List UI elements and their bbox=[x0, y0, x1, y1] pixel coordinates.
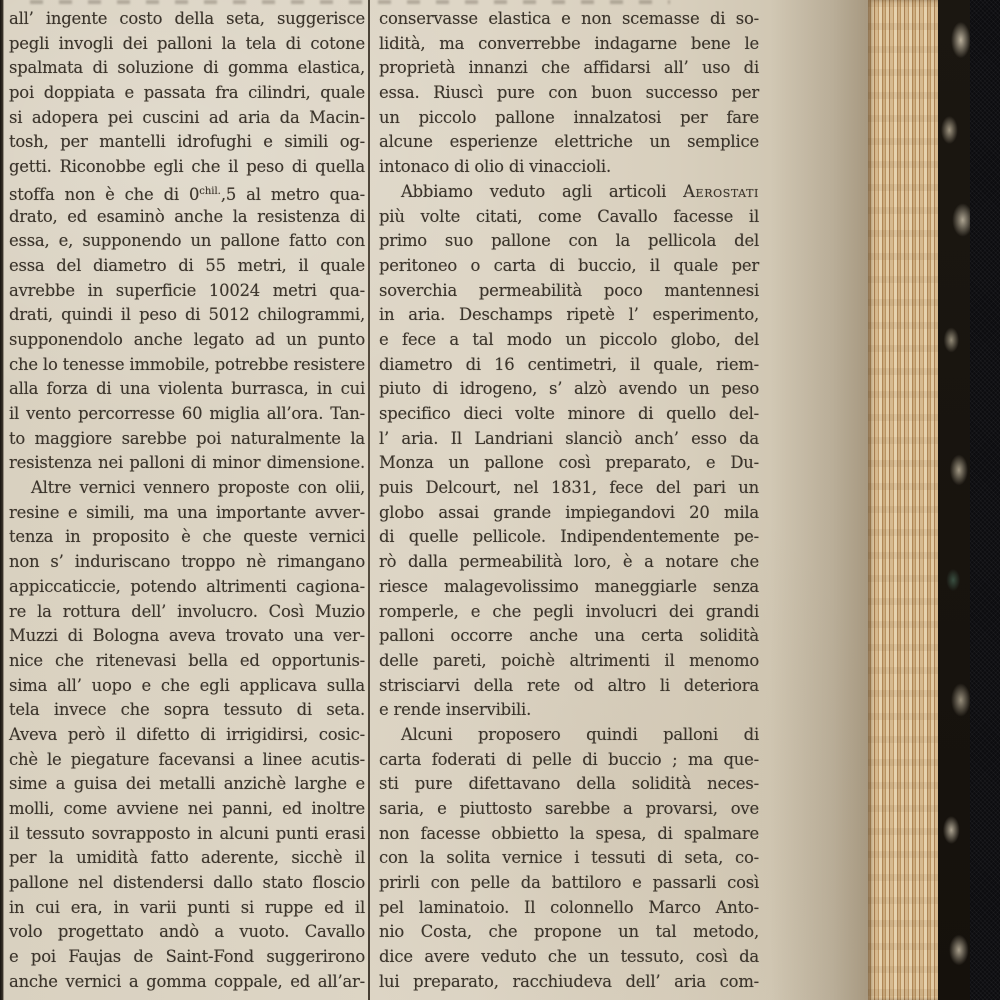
text-line: delle pareti, poichè altrimenti il menom… bbox=[379, 649, 759, 674]
text-line: appiccaticcie, potendo altrimenti cagion… bbox=[9, 575, 365, 600]
text-line: essa del diametro di 55 metri, il quale bbox=[9, 254, 365, 279]
text-run: ,5 al metro qua- bbox=[221, 185, 365, 204]
superscript-unit: chil. bbox=[199, 186, 221, 197]
text-line: anche vernici a gomma coppale, ed all’ar… bbox=[9, 970, 365, 995]
text-line: intonaco di olio di vinaccioli. bbox=[379, 155, 759, 180]
text-line: soverchia permeabilità poco mantennesi bbox=[379, 279, 759, 304]
column-divider-rule bbox=[368, 0, 370, 1000]
text-line: e fece a tal modo un piccolo globo, del bbox=[379, 328, 759, 353]
text-line: re la rottura dell’ involucro. Così Muzi… bbox=[9, 600, 365, 625]
left-crop-edge bbox=[0, 0, 4, 1000]
text-line: piuto di idrogeno, s’ alzò avendo un pes… bbox=[379, 377, 759, 402]
text-line: resistenza nei palloni di minor dimensio… bbox=[9, 451, 365, 476]
text-line: tosh, per mantelli idrofughi e simili og… bbox=[9, 130, 365, 155]
text-line: che lo tenesse immobile, potrebbe resist… bbox=[9, 353, 365, 378]
page-fore-edge bbox=[868, 0, 942, 1000]
text-line: palloni occorre anche una certa solidità bbox=[379, 624, 759, 649]
text-run: Abbiamo veduto agli articoli bbox=[401, 182, 683, 201]
text-line: per la umidità fatto aderente, sicchè il bbox=[9, 846, 365, 871]
text-line: sti pure difettavano della solidità nece… bbox=[379, 772, 759, 797]
text-line: getti. Riconobbe egli che il peso di que… bbox=[9, 155, 365, 180]
text-line: globo assai grande impiegandovi 20 mila bbox=[379, 501, 759, 526]
text-line: l’ aria. Il Landriani slanciò anch’ esso… bbox=[379, 427, 759, 452]
text-line: all’ ingente costo della seta, suggerisc… bbox=[9, 7, 365, 32]
text-line: alla forza di una violenta burrasca, in … bbox=[9, 377, 365, 402]
text-line: diametro di 16 centimetri, il quale, rie… bbox=[379, 353, 759, 378]
text-run: stoffa non è che di 0 bbox=[9, 185, 199, 204]
text-line: sima all’ uopo e che egli applicava sull… bbox=[9, 674, 365, 699]
text-line: con la solita vernice i tessuti di seta,… bbox=[379, 846, 759, 871]
text-line: carta foderati di pelle di buccio ; ma q… bbox=[379, 748, 759, 773]
text-line: più volte citati, come Cavallo facesse i… bbox=[379, 205, 759, 230]
right-column: conservasse elastica e non scemasse di s… bbox=[379, 7, 759, 995]
text-line: proprietà innanzi che affidarsi all’ uso… bbox=[379, 56, 759, 81]
text-line: drato, ed esaminò anche la resistenza di bbox=[9, 205, 365, 230]
text-line: specifico dieci volte minore di quello d… bbox=[379, 402, 759, 427]
text-line: conservasse elastica e non scemasse di s… bbox=[379, 7, 759, 32]
text-line: volo progettato andò a vuoto. Cavallo bbox=[9, 920, 365, 945]
text-line: sime a guisa dei metalli anzichè larghe … bbox=[9, 772, 365, 797]
text-line: dice avere veduto che un tessuto, così d… bbox=[379, 945, 759, 970]
text-line: molli, come avviene nei panni, ed inoltr… bbox=[9, 797, 365, 822]
text-line: alcune esperienze elettriche un semplice bbox=[379, 130, 759, 155]
text-line: pallone nel distendersi dallo stato flos… bbox=[9, 871, 365, 896]
text-line: non s’ induriscano troppo nè rimangano bbox=[9, 550, 365, 575]
text-line: il tessuto sovrapposto in alcuni punti e… bbox=[9, 822, 365, 847]
text-line: chè le piegature facevansi a linee acuti… bbox=[9, 748, 365, 773]
text-line: Monza un pallone così preparato, e Du- bbox=[379, 451, 759, 476]
text-line: nio Costa, che propone un tal metodo, bbox=[379, 920, 759, 945]
text-line: Alcuni proposero quindi palloni di bbox=[379, 723, 759, 748]
gutter-shadow bbox=[770, 0, 868, 1000]
text-line: spalmata di soluzione di gomma elastica, bbox=[9, 56, 365, 81]
small-caps-reference: Aerostati bbox=[683, 182, 759, 201]
text-line: lui preparato, racchiudeva dell’ aria co… bbox=[379, 970, 759, 995]
text-line: to maggiore sarebbe poi naturalmente la bbox=[9, 427, 365, 452]
text-line: puis Delcourt, nel 1831, fece del pari u… bbox=[379, 476, 759, 501]
text-line: tela invece che sopra tessuto di seta. bbox=[9, 698, 365, 723]
text-line: supponendolo anche legato ad un punto bbox=[9, 328, 365, 353]
text-line: resine e simili, ma una importante avver… bbox=[9, 501, 365, 526]
text-line: e rende inservibili. bbox=[379, 698, 759, 723]
text-line: e poi Faujas de Saint-Fond suggerirono bbox=[9, 945, 365, 970]
left-column: all’ ingente costo della seta, suggerisc… bbox=[9, 7, 365, 995]
text-line: pel laminatoio. Il colonnello Marco Anto… bbox=[379, 896, 759, 921]
text-line: stoffa non è che di 0chil.,5 al metro qu… bbox=[9, 180, 365, 205]
text-line: il vento percorresse 60 miglia all’ora. … bbox=[9, 402, 365, 427]
text-line: di quelle pellicole. Indipendentemente p… bbox=[379, 525, 759, 550]
text-line: si adopera pei cuscini ad aria da Macin- bbox=[9, 106, 365, 131]
text-line: strisciarvi della rete od altro li deter… bbox=[379, 674, 759, 699]
text-line: poi doppiata e passata fra cilindri, qua… bbox=[9, 81, 365, 106]
text-line: Altre vernici vennero proposte con olii, bbox=[9, 476, 365, 501]
text-line: romperle, e che pegli involucri dei gran… bbox=[379, 600, 759, 625]
text-line: un piccolo pallone innalzatosi per fare bbox=[379, 106, 759, 131]
text-line: drati, quindi il peso di 5012 chilogramm… bbox=[9, 303, 365, 328]
text-line: Abbiamo veduto agli articoli Aerostati bbox=[379, 180, 759, 205]
top-cropped-line-remnant bbox=[30, 0, 670, 4]
text-line: essa, e, supponendo un pallone fatto con bbox=[9, 229, 365, 254]
text-line: essa. Riuscì pure con buon successo per bbox=[379, 81, 759, 106]
text-line: non facesse obbietto la spesa, di spalma… bbox=[379, 822, 759, 847]
text-line: nice che ritenevasi bella ed opportunis- bbox=[9, 649, 365, 674]
text-line: rò dalla permeabilità loro, è a notare c… bbox=[379, 550, 759, 575]
text-line: Aveva però il difetto di irrigidirsi, co… bbox=[9, 723, 365, 748]
text-line: lidità, ma converrebbe indagarne bene le bbox=[379, 32, 759, 57]
text-line: tenza in proposito è che queste vernici bbox=[9, 525, 365, 550]
text-line: saria, e piuttosto sarebbe a provarsi, o… bbox=[379, 797, 759, 822]
text-line: peritoneo o carta di buccio, il quale pe… bbox=[379, 254, 759, 279]
text-line: riesce malagevolissimo maneggiarle senza bbox=[379, 575, 759, 600]
text-line: pegli invogli dei palloni la tela di cot… bbox=[9, 32, 365, 57]
text-line: in aria. Deschamps ripetè l’ esperimento… bbox=[379, 303, 759, 328]
text-line: avrebbe in superficie 10024 metri qua- bbox=[9, 279, 365, 304]
text-line: Muzzi di Bologna aveva trovato una ver- bbox=[9, 624, 365, 649]
binding-cloth bbox=[970, 0, 1000, 1000]
text-line: primo suo pallone con la pellicola del bbox=[379, 229, 759, 254]
text-line: in cui era, in varii punti si ruppe ed i… bbox=[9, 896, 365, 921]
book-photo: all’ ingente costo della seta, suggerisc… bbox=[0, 0, 1000, 1000]
text-line: prirli con pelle da battiloro e passarli… bbox=[379, 871, 759, 896]
